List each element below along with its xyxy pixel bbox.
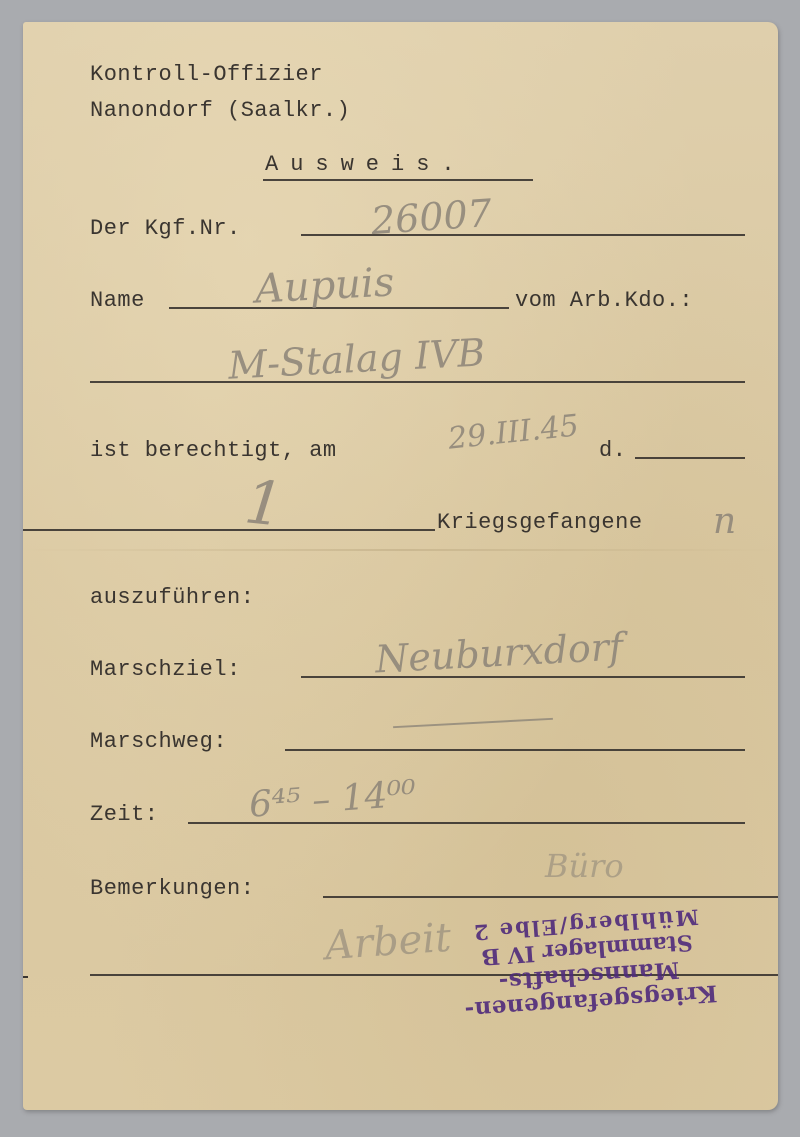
arb-kdo-line (90, 381, 745, 383)
bemerkungen-line (323, 896, 778, 898)
count-line (23, 529, 435, 531)
paper-fold (23, 549, 778, 551)
bemerkungen-value-line1: Büro (545, 850, 624, 882)
date-label: ist berechtigt, am (90, 440, 337, 462)
name-label: Name (90, 290, 145, 312)
zeit-label: Zeit: (90, 804, 159, 826)
arb-kdo-value: M-Stalag IVB (227, 333, 486, 384)
marschweg-line (285, 749, 745, 751)
date-suffix: d. (599, 440, 626, 462)
count-label: Kriegsgefangene (437, 512, 643, 534)
header-officer: Kontroll-Offizier (90, 64, 323, 86)
auszufuehren-label: auszuführen: (90, 587, 254, 609)
marschweg-label: Marschweg: (90, 731, 227, 753)
header-location: Nanondorf (Saalkr.) (90, 100, 350, 122)
count-handwritten-suffix: n (713, 504, 736, 540)
kgf-nr-value: 26007 (370, 194, 493, 240)
name-value: Aupuis (254, 262, 395, 309)
marschziel-line (301, 676, 745, 678)
kgf-nr-label: Der Kgf.Nr. (90, 218, 241, 240)
document-title: Ausweis. (265, 154, 467, 176)
kgf-nr-line (301, 234, 745, 236)
date-value: 29.III.45 (447, 411, 580, 455)
bemerkungen-label: Bemerkungen: (90, 878, 254, 900)
ausweis-card: Kontroll-Offizier Nanondorf (Saalkr.) Au… (23, 22, 778, 1110)
arb-kdo-label: vom Arb.Kdo.: (515, 290, 693, 312)
date-line (635, 457, 745, 459)
edge-mark (23, 976, 28, 978)
zeit-value: 6⁴⁵ – 14⁰⁰ (248, 776, 417, 824)
title-underline (263, 179, 533, 181)
marschziel-label: Marschziel: (90, 659, 241, 681)
marschziel-value: Neuburxdorf (374, 628, 624, 679)
marschweg-dash-value (393, 718, 553, 728)
count-value: 1 (242, 472, 286, 536)
